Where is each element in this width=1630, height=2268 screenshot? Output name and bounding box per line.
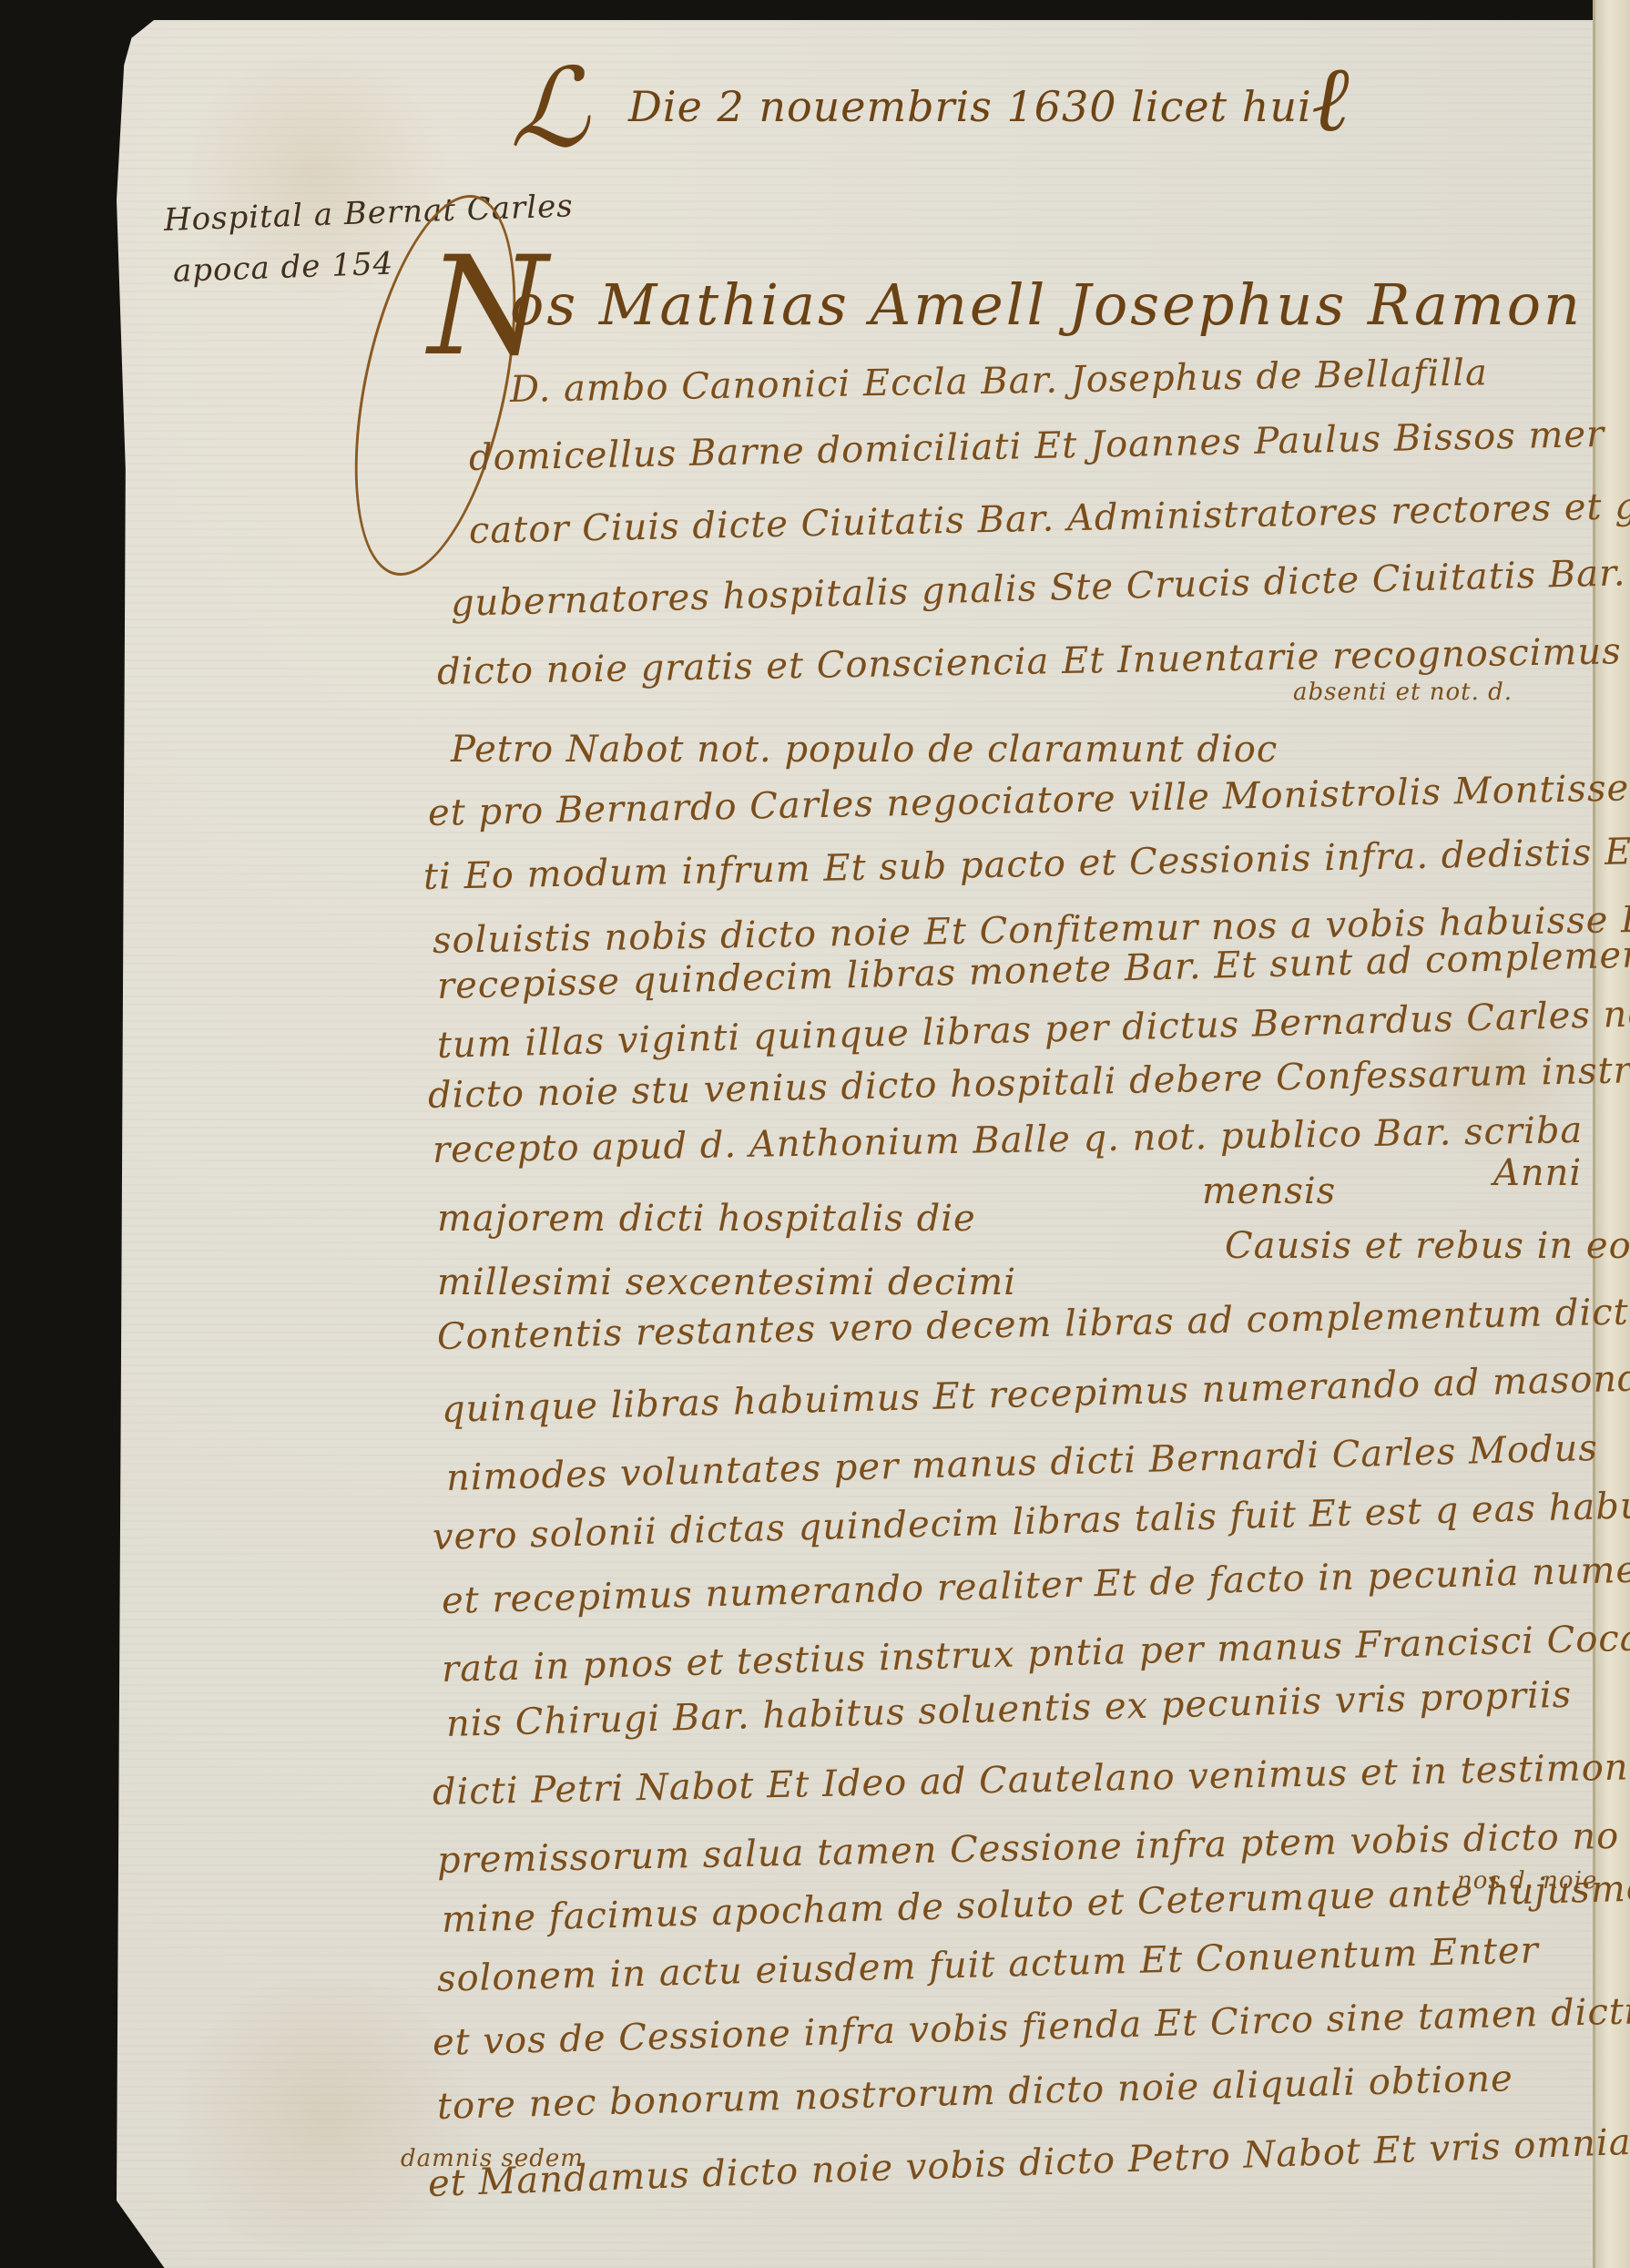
insertion-causis: Causis et rebus in eo — [1225, 1225, 1630, 1267]
decorative-flourish-right: ℓ — [1311, 46, 1350, 152]
binding-gutter — [1593, 0, 1630, 2268]
opening-line: os Mathias Amell Josephus Ramon — [510, 271, 1583, 338]
document-heading: Die 2 nouembris 1630 licet hui — [628, 82, 1312, 131]
decorative-flourish-left: ℒ — [510, 46, 588, 172]
text-line-14: majorem dicti hospitalis die — [437, 1198, 976, 1240]
insertion-nos-noie: nos d. noie — [1457, 1867, 1597, 1895]
margin-note-line-2: apoca de 154 — [172, 246, 393, 290]
text-line-15: millesimi sexcentesimi decimi — [437, 1262, 1016, 1303]
insertion-absenti: absenti et not. d. — [1293, 679, 1513, 706]
scanner-backdrop — [0, 0, 127, 2268]
text-line-6: Petro Nabot not. populo de claramunt dio… — [451, 729, 1278, 771]
insertion-mensis: mensis — [1202, 1170, 1336, 1212]
insertion-anni: Anni — [1493, 1152, 1582, 1194]
